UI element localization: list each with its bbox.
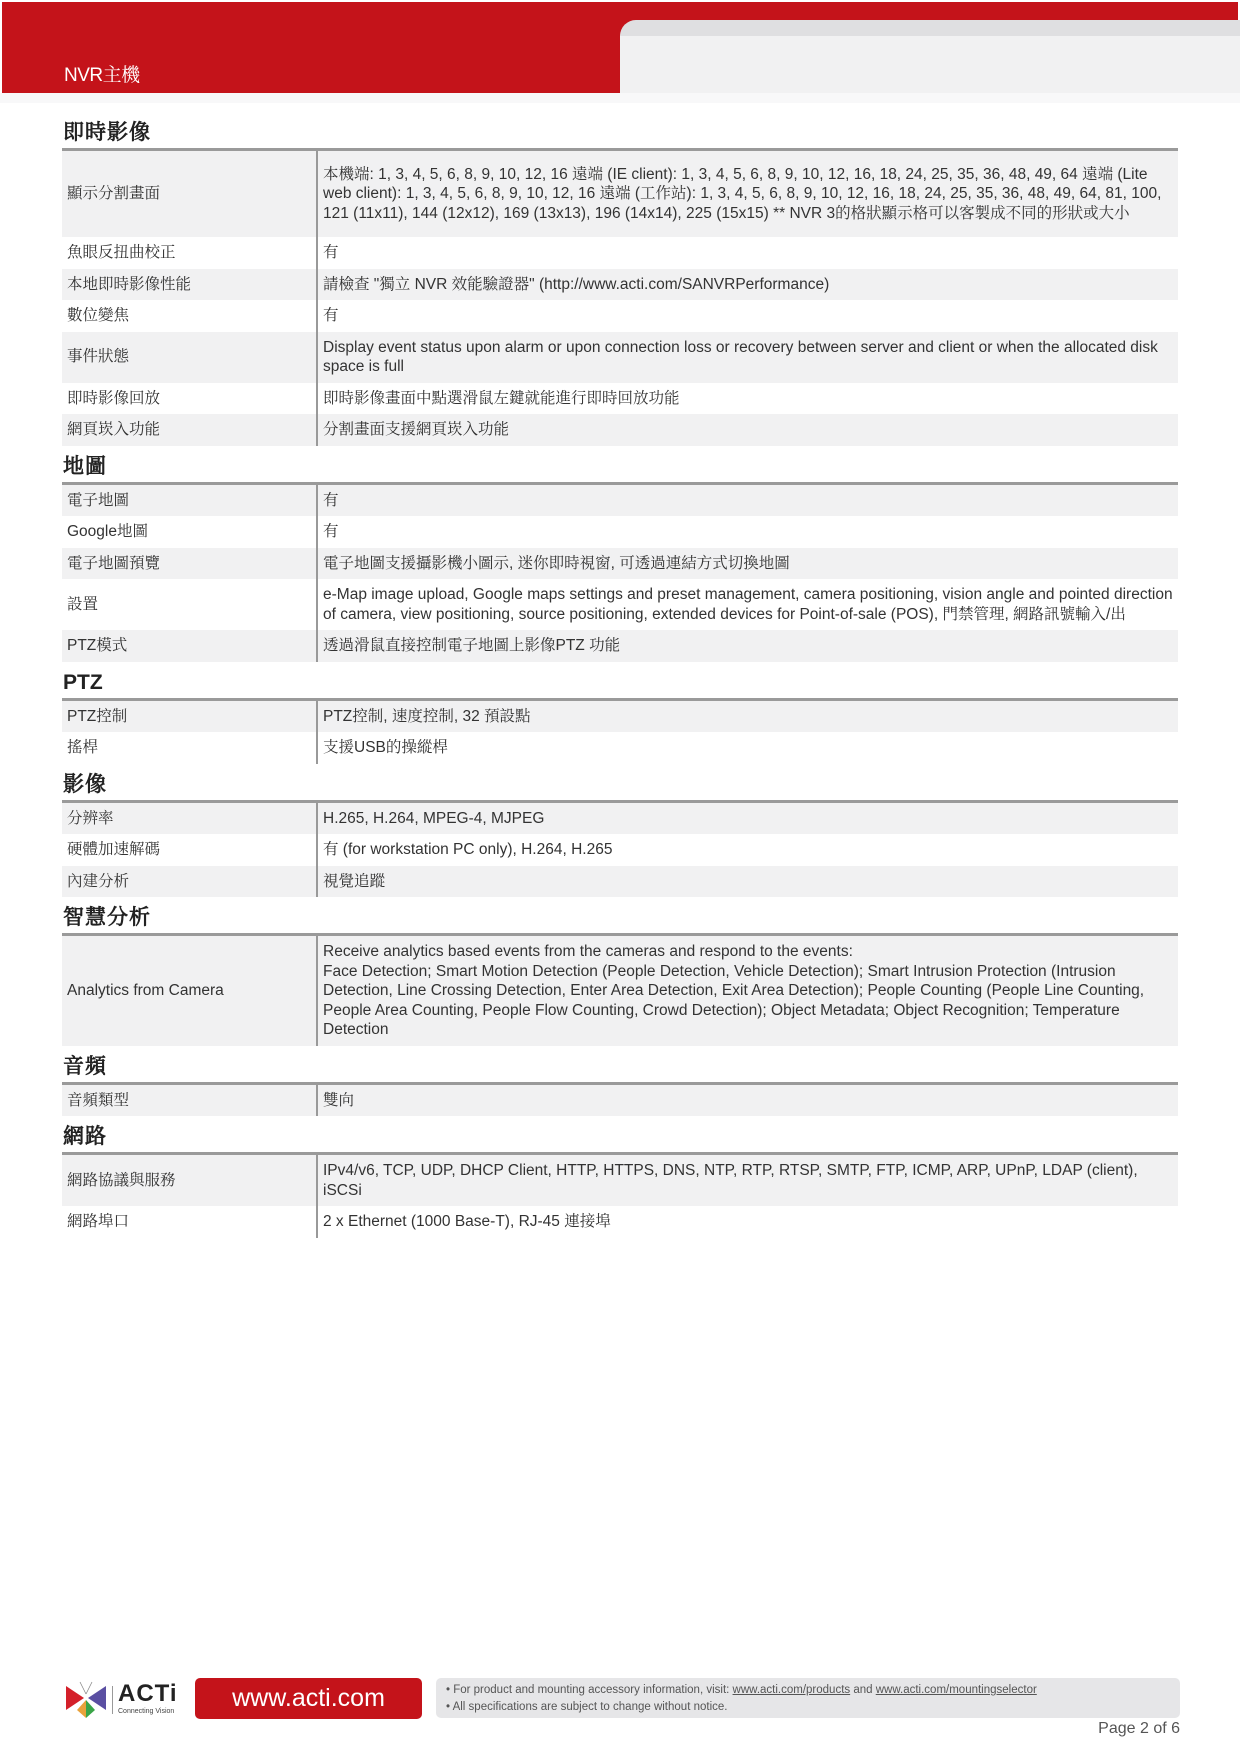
table-row: 本地即時影像性能請檢查 "獨立 NVR 效能驗證器" (http://www.a… — [62, 269, 1178, 301]
spec-label: PTZ控制 — [62, 699, 317, 732]
section-title-video: 影像 — [62, 770, 1178, 800]
note-text: • For product and mounting accessory inf… — [446, 1684, 733, 1696]
spec-table-audio: 音頻類型雙向 — [62, 1082, 1178, 1117]
spec-label: 分辨率 — [62, 801, 317, 834]
logo-divider — [112, 1686, 113, 1714]
table-row: 搖桿支援USB的操縱桿 — [62, 732, 1178, 764]
note-text: and — [850, 1684, 876, 1696]
footer-notes: • For product and mounting accessory inf… — [436, 1678, 1180, 1718]
spec-value: 有 (for workstation PC only), H.264, H.26… — [317, 834, 1178, 866]
spec-table-video: 分辨率H.265, H.264, MPEG-4, MJPEG 硬體加速解碼有 (… — [62, 800, 1178, 898]
spec-label: 顯示分割畫面 — [62, 150, 317, 238]
header-strip — [0, 93, 1240, 103]
spec-label: 數位變焦 — [62, 300, 317, 332]
spec-value: 透過滑鼠直接控制電子地圖上影像PTZ 功能 — [317, 630, 1178, 662]
spec-value: 有 — [317, 483, 1178, 516]
spec-label: 搖桿 — [62, 732, 317, 764]
logo-tagline: Connecting Vision — [118, 1708, 174, 1715]
spec-table-network: 網路協議與服務IPv4/v6, TCP, UDP, DHCP Client, H… — [62, 1152, 1178, 1238]
spec-value: 請檢查 "獨立 NVR 效能驗證器" (http://www.acti.com/… — [317, 269, 1178, 301]
section-title-map: 地圖 — [62, 452, 1178, 482]
table-row: 網頁崁入功能分割畫面支援網頁崁入功能 — [62, 414, 1178, 446]
table-row: 事件狀態Display event status upon alarm or u… — [62, 332, 1178, 383]
spec-label: Google地圖 — [62, 516, 317, 548]
spec-label: 即時影像回放 — [62, 383, 317, 415]
spec-label: 電子地圖 — [62, 483, 317, 516]
spec-value: 本機端: 1, 3, 4, 5, 6, 8, 9, 10, 12, 16 遠端 … — [317, 150, 1178, 238]
spec-value: Receive analytics based events from the … — [317, 935, 1178, 1046]
spec-value-intro: Receive analytics based events from the … — [323, 942, 1173, 962]
mounting-selector-link[interactable]: www.acti.com/mountingselector — [876, 1684, 1037, 1696]
section-title-analytics: 智慧分析 — [62, 903, 1178, 933]
section-title-audio: 音頻 — [62, 1052, 1178, 1082]
spec-value: 雙向 — [317, 1083, 1178, 1116]
spec-label: 網路協議與服務 — [62, 1154, 317, 1207]
spec-label: 事件狀態 — [62, 332, 317, 383]
spec-value: 分割畫面支援網頁崁入功能 — [317, 414, 1178, 446]
spec-label: 電子地圖預覽 — [62, 548, 317, 580]
logo-text: ACTi — [118, 1680, 178, 1708]
table-row: PTZ控制PTZ控制, 速度控制, 32 預設點 — [62, 699, 1178, 732]
footer-note-line2: • All specifications are subject to chan… — [446, 1699, 1170, 1716]
page-title: NVR主機 — [64, 60, 140, 87]
spec-table-ptz: PTZ控制PTZ控制, 速度控制, 32 預設點 搖桿支援USB的操縱桿 — [62, 698, 1178, 764]
table-row: 顯示分割畫面本機端: 1, 3, 4, 5, 6, 8, 9, 10, 12, … — [62, 150, 1178, 238]
table-row: Google地圖有 — [62, 516, 1178, 548]
spec-label: 網頁崁入功能 — [62, 414, 317, 446]
spec-value: H.265, H.264, MPEG-4, MJPEG — [317, 801, 1178, 834]
spec-value: 有 — [317, 237, 1178, 269]
spec-value: IPv4/v6, TCP, UDP, DHCP Client, HTTP, HT… — [317, 1154, 1178, 1207]
spec-label: PTZ模式 — [62, 630, 317, 662]
page-number: Page 2 of 6 — [1098, 1720, 1180, 1738]
spec-value: 有 — [317, 516, 1178, 548]
acti-logo-mark-icon — [66, 1680, 106, 1720]
website-link-button[interactable]: www.acti.com — [195, 1678, 422, 1719]
table-row: 設置e-Map image upload, Google maps settin… — [62, 579, 1178, 630]
spec-table-map: 電子地圖有 Google地圖有 電子地圖預覽電子地圖支援攝影機小圖示, 迷你即時… — [62, 482, 1178, 662]
spec-value: 即時影像畫面中點選滑鼠左鍵就能進行即時回放功能 — [317, 383, 1178, 415]
spec-value: PTZ控制, 速度控制, 32 預設點 — [317, 699, 1178, 732]
spec-value: 電子地圖支援攝影機小圖示, 迷你即時視窗, 可透過連結方式切換地圖 — [317, 548, 1178, 580]
table-row: PTZ模式透過滑鼠直接控制電子地圖上影像PTZ 功能 — [62, 630, 1178, 662]
spec-value: Display event status upon alarm or upon … — [317, 332, 1178, 383]
footer-note-line1: • For product and mounting accessory inf… — [446, 1682, 1170, 1699]
table-row: 分辨率H.265, H.264, MPEG-4, MJPEG — [62, 801, 1178, 834]
spec-table-analytics: Analytics from Camera Receive analytics … — [62, 933, 1178, 1046]
spec-value: 有 — [317, 300, 1178, 332]
spec-label: 網路埠口 — [62, 1206, 317, 1238]
spec-label: 設置 — [62, 579, 317, 630]
spec-label: 音頻類型 — [62, 1083, 317, 1116]
table-row: 即時影像回放即時影像畫面中點選滑鼠左鍵就能進行即時回放功能 — [62, 383, 1178, 415]
table-row: 魚眼反扭曲校正有 — [62, 237, 1178, 269]
header-tab-decoration — [620, 20, 1240, 94]
spec-label: 內建分析 — [62, 866, 317, 898]
spec-value-detail: Face Detection; Smart Motion Detection (… — [323, 962, 1173, 1040]
table-row: Analytics from Camera Receive analytics … — [62, 935, 1178, 1046]
spec-label: 硬體加速解碼 — [62, 834, 317, 866]
products-link[interactable]: www.acti.com/products — [733, 1684, 851, 1696]
table-row: 硬體加速解碼有 (for workstation PC only), H.264… — [62, 834, 1178, 866]
table-row: 網路協議與服務IPv4/v6, TCP, UDP, DHCP Client, H… — [62, 1154, 1178, 1207]
spec-content: 即時影像 顯示分割畫面本機端: 1, 3, 4, 5, 6, 8, 9, 10,… — [62, 118, 1178, 1244]
spec-value: e-Map image upload, Google maps settings… — [317, 579, 1178, 630]
spec-value: 視覺追蹤 — [317, 866, 1178, 898]
spec-table-live-view: 顯示分割畫面本機端: 1, 3, 4, 5, 6, 8, 9, 10, 12, … — [62, 148, 1178, 446]
section-title-network: 網路 — [62, 1122, 1178, 1152]
spec-label: 本地即時影像性能 — [62, 269, 317, 301]
acti-logo: ACTi Connecting Vision — [66, 1680, 186, 1720]
section-title-ptz: PTZ — [62, 668, 1178, 698]
section-title-live-view: 即時影像 — [62, 118, 1178, 148]
spec-value: 2 x Ethernet (1000 Base-T), RJ-45 連接埠 — [317, 1206, 1178, 1238]
spec-label: Analytics from Camera — [62, 935, 317, 1046]
table-row: 內建分析視覺追蹤 — [62, 866, 1178, 898]
spec-label: 魚眼反扭曲校正 — [62, 237, 317, 269]
spec-value: 支援USB的操縱桿 — [317, 732, 1178, 764]
table-row: 音頻類型雙向 — [62, 1083, 1178, 1116]
table-row: 網路埠口2 x Ethernet (1000 Base-T), RJ-45 連接… — [62, 1206, 1178, 1238]
table-row: 電子地圖有 — [62, 483, 1178, 516]
table-row: 數位變焦有 — [62, 300, 1178, 332]
table-row: 電子地圖預覽電子地圖支援攝影機小圖示, 迷你即時視窗, 可透過連結方式切換地圖 — [62, 548, 1178, 580]
